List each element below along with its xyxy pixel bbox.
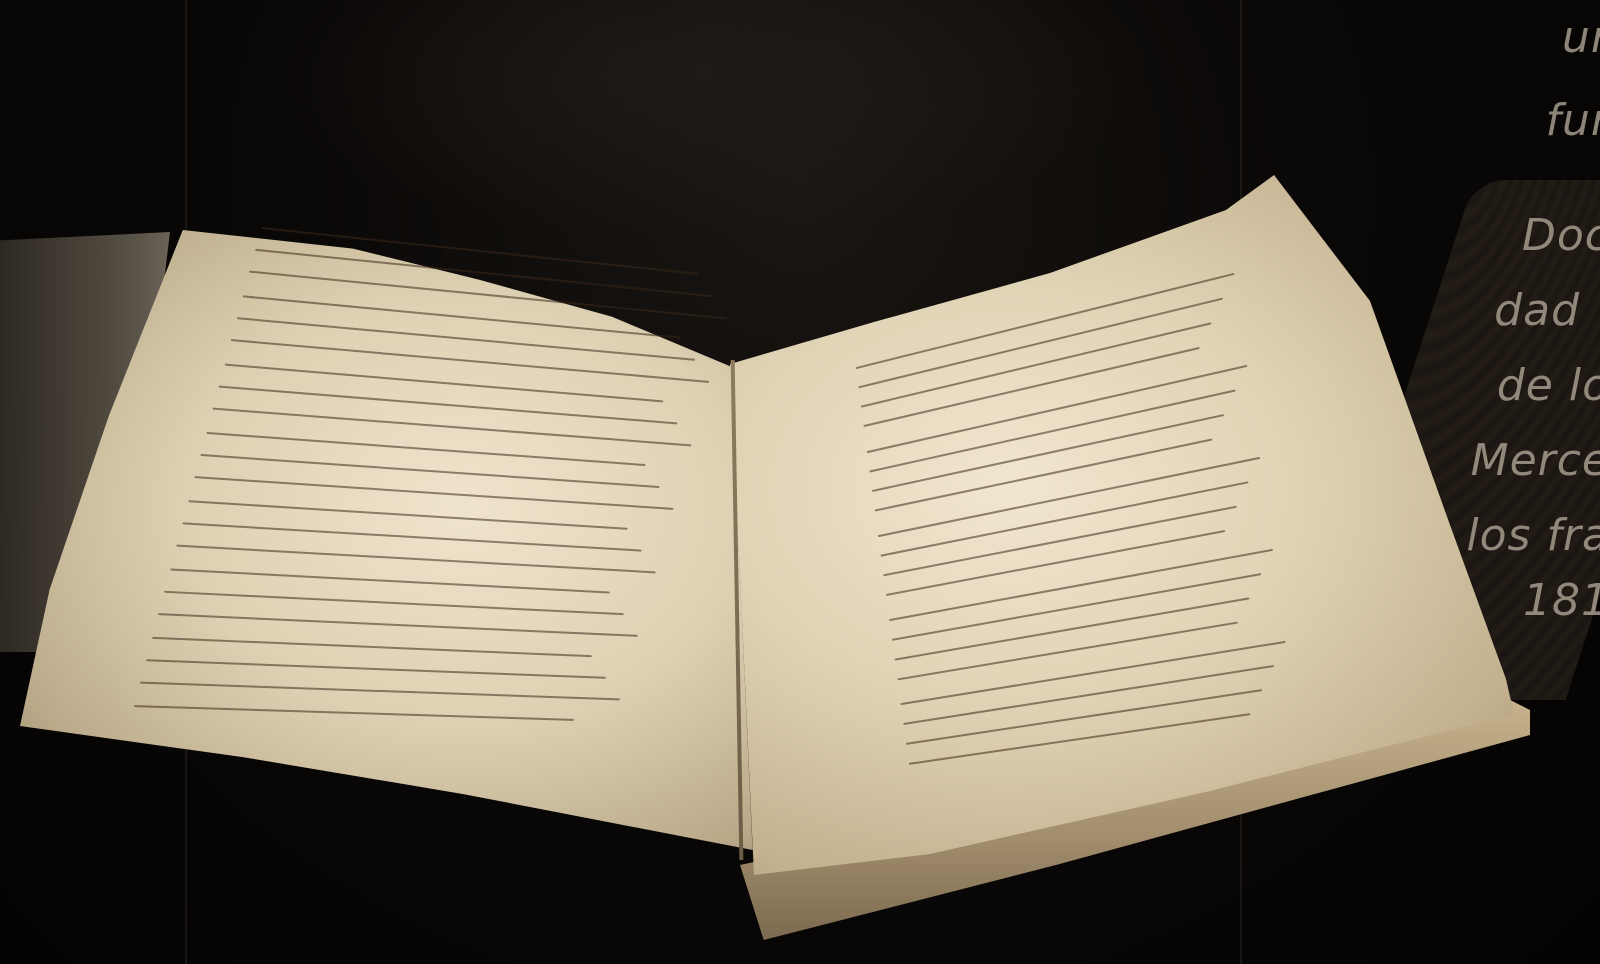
museum-display-photo: ur fur Doc dad de lo Merce los fra 181 [0, 0, 1600, 964]
left-page [20, 230, 760, 850]
caption-line: ur [1562, 12, 1600, 63]
caption-line: los fra [1466, 510, 1600, 561]
caption-line: fur [1546, 95, 1600, 146]
exhibit-caption: ur fur Doc dad de lo Merce los fra 181 [1400, 0, 1600, 700]
caption-line: Doc [1522, 210, 1600, 261]
caption-line: Merce [1471, 435, 1600, 486]
caption-line: dad [1494, 285, 1580, 336]
caption-line: de lo [1497, 360, 1600, 411]
open-manuscript [0, 0, 1600, 964]
caption-line: 181 [1523, 575, 1600, 626]
